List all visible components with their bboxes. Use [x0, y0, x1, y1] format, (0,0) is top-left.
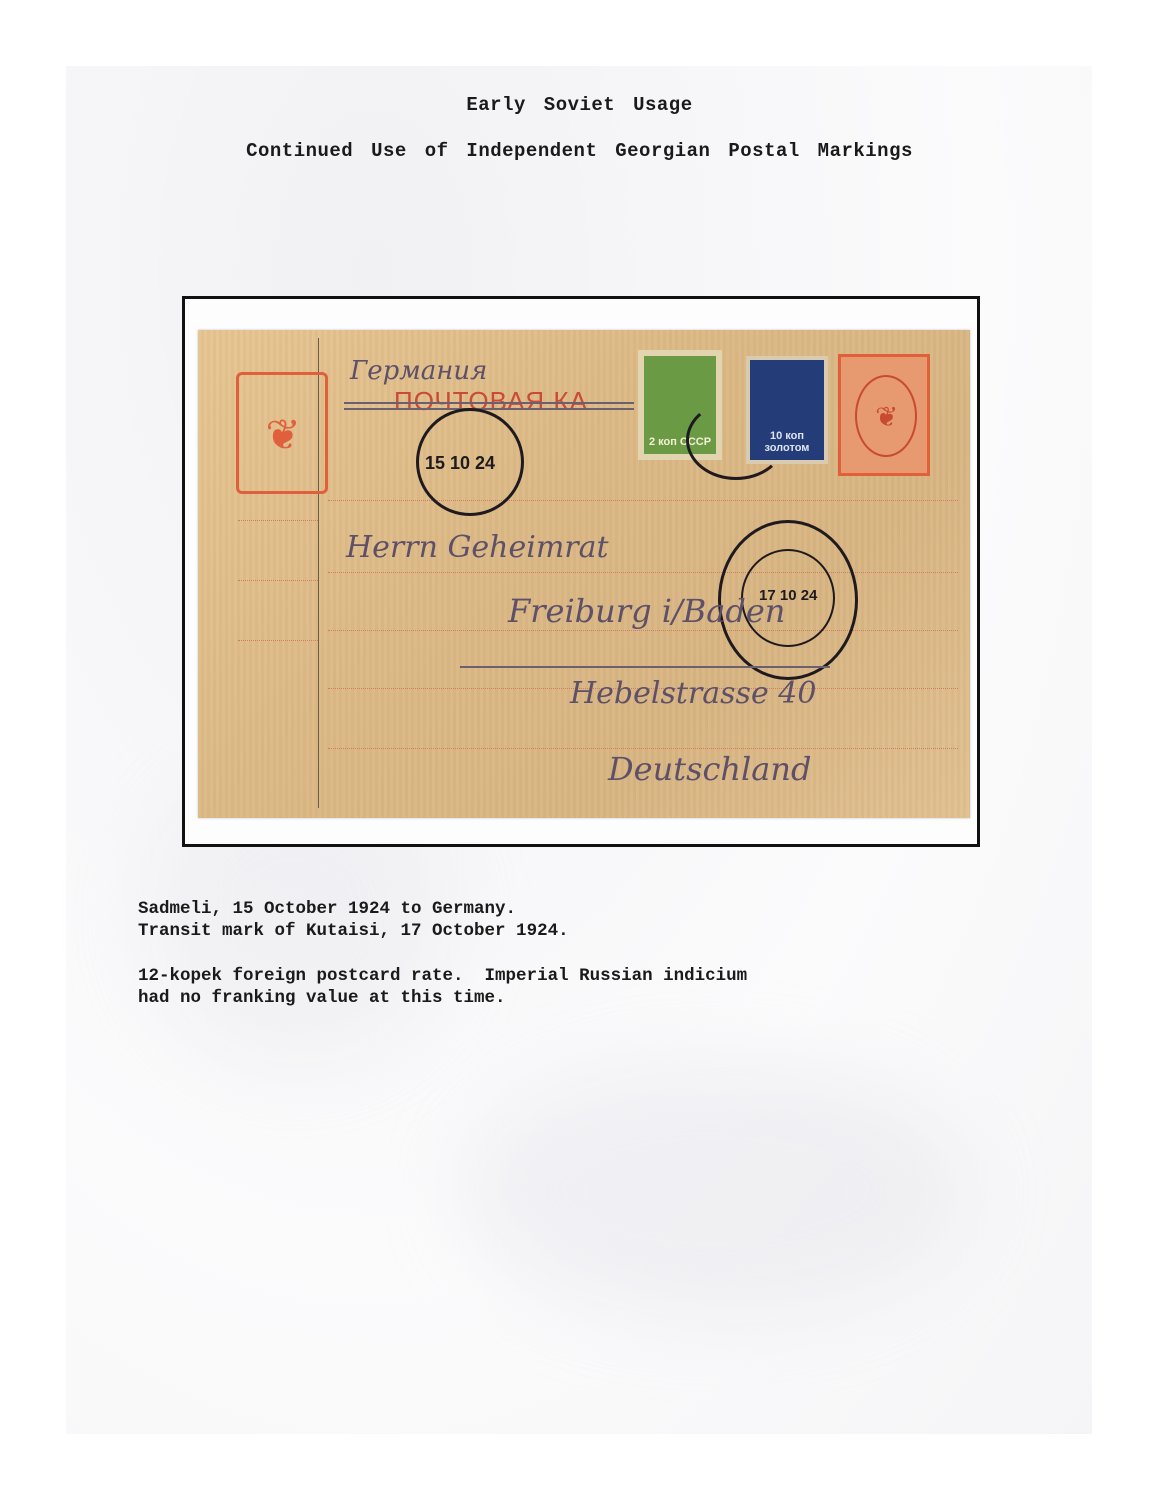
page-title: Early Soviet Usage: [0, 94, 1159, 116]
address-line: [328, 572, 958, 573]
handwritten-address-city: Freiburg i/Baden: [508, 592, 785, 630]
message-line: [238, 640, 318, 641]
caption-rate-note: 12-kopek foreign postcard rate. Imperial…: [138, 965, 747, 1009]
address-line: [328, 500, 958, 501]
handwritten-address-name: Herrn Geheimrat: [346, 530, 609, 565]
eagle-icon: ❦: [855, 375, 917, 457]
message-line: [238, 580, 318, 581]
message-line: [238, 520, 318, 521]
handwritten-address-country: Deutschland: [608, 750, 811, 788]
handwritten-destination: Германия: [350, 356, 487, 386]
strike-line: [344, 402, 634, 404]
sadmeli-cancel: 15 10 24: [416, 408, 524, 516]
imperial-russian-indicium: ❦: [838, 354, 930, 476]
shadow: [466, 1066, 966, 1316]
sadmeli-cancel-on-stamps: [686, 400, 786, 480]
strike-line: [460, 666, 830, 668]
imperial-eagle-crest-icon: ❦: [236, 372, 328, 494]
caption-postal-history: Sadmeli, 15 October 1924 to Germany. Tra…: [138, 898, 569, 942]
address-line: [328, 630, 958, 631]
strike-line: [344, 408, 634, 410]
page-subtitle: Continued Use of Independent Georgian Po…: [0, 140, 1159, 162]
handwritten-address-street: Hebelstrasse 40: [570, 676, 816, 711]
postcard: ❦ Германия ПОЧТОВАЯ КА 2 коп СССР 10 коп…: [198, 330, 970, 818]
address-line: [328, 748, 958, 749]
